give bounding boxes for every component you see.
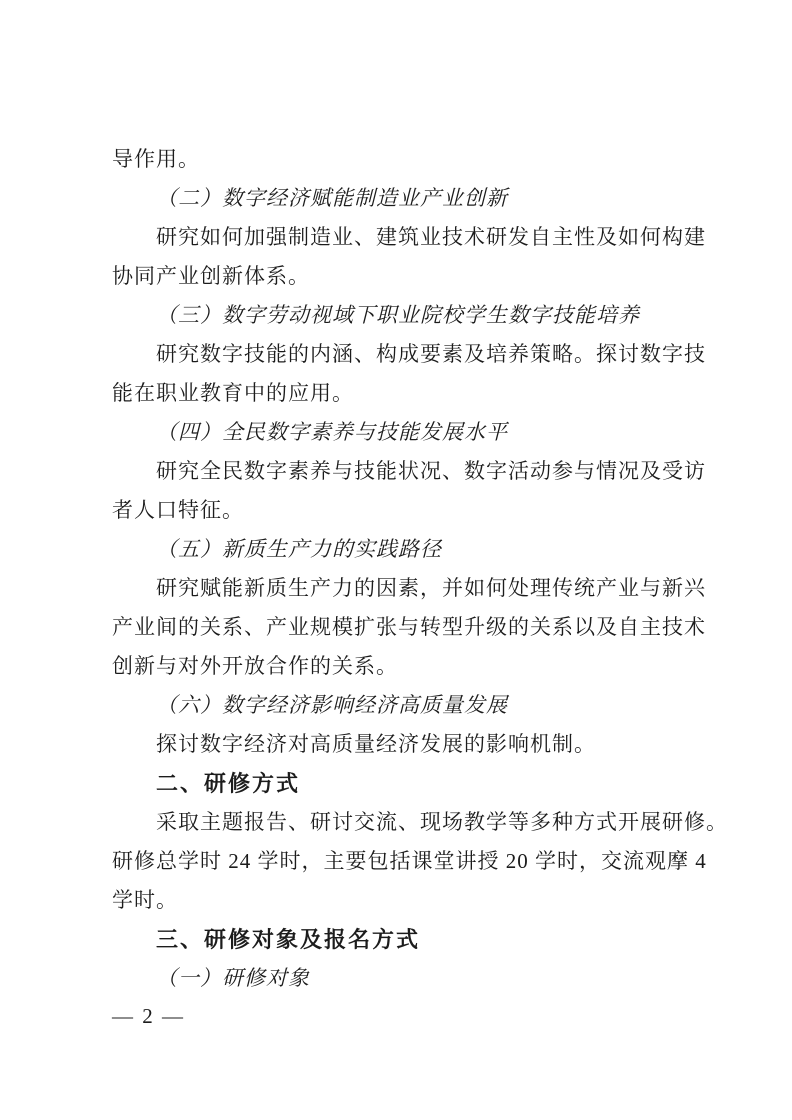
section-2-body-line-3: 学时。 <box>112 881 698 920</box>
section-2-heading: 二、研修方式 <box>112 764 698 803</box>
body-line-continuation: 导作用。 <box>112 140 698 179</box>
subsection-iv-heading: （四）全民数字素养与技能发展水平 <box>112 413 698 452</box>
subsection-iv-body-line-2: 者人口特征。 <box>112 491 698 530</box>
subsection-iii-heading: （三）数字劳动视域下职业院校学生数字技能培养 <box>112 296 698 335</box>
subsection-iii-body-line-1: 研究数字技能的内涵、构成要素及培养策略。探讨数字技 <box>112 335 698 374</box>
subsection-iv-body-line-1: 研究全民数字素养与技能状况、数字活动参与情况及受访 <box>112 452 698 491</box>
subsection-ii-body-line-1: 研究如何加强制造业、建筑业技术研发自主性及如何构建 <box>112 218 698 257</box>
subsection-iii-body-line-2: 能在职业教育中的应用。 <box>112 374 698 413</box>
subsection-v-body-line-2: 产业间的关系、产业规模扩张与转型升级的关系以及自主技术 <box>112 608 698 647</box>
section-2-body-line-1: 采取主题报告、研讨交流、现场教学等多种方式开展研修。 <box>112 803 698 842</box>
subsection-i-heading: （一）研修对象 <box>112 959 698 998</box>
subsection-v-body-line-3: 创新与对外开放合作的关系。 <box>112 647 698 686</box>
subsection-ii-heading: （二）数字经济赋能制造业产业创新 <box>112 179 698 218</box>
subsection-v-body-line-1: 研究赋能新质生产力的因素，并如何处理传统产业与新兴 <box>112 569 698 608</box>
section-2-body-line-2: 研修总学时 24 学时，主要包括课堂讲授 20 学时，交流观摩 4 <box>112 842 698 881</box>
subsection-v-heading: （五）新质生产力的实践路径 <box>112 530 698 569</box>
subsection-ii-body-line-2: 协同产业创新体系。 <box>112 257 698 296</box>
subsection-vi-body-line-1: 探讨数字经济对高质量经济发展的影响机制。 <box>112 725 698 764</box>
document-body: 导作用。 （二）数字经济赋能制造业产业创新 研究如何加强制造业、建筑业技术研发自… <box>112 140 698 998</box>
page-number: — 2 — <box>112 1004 185 1029</box>
document-page: 导作用。 （二）数字经济赋能制造业产业创新 研究如何加强制造业、建筑业技术研发自… <box>0 0 792 1120</box>
subsection-vi-heading: （六）数字经济影响经济高质量发展 <box>112 686 698 725</box>
section-3-heading: 三、研修对象及报名方式 <box>112 920 698 959</box>
